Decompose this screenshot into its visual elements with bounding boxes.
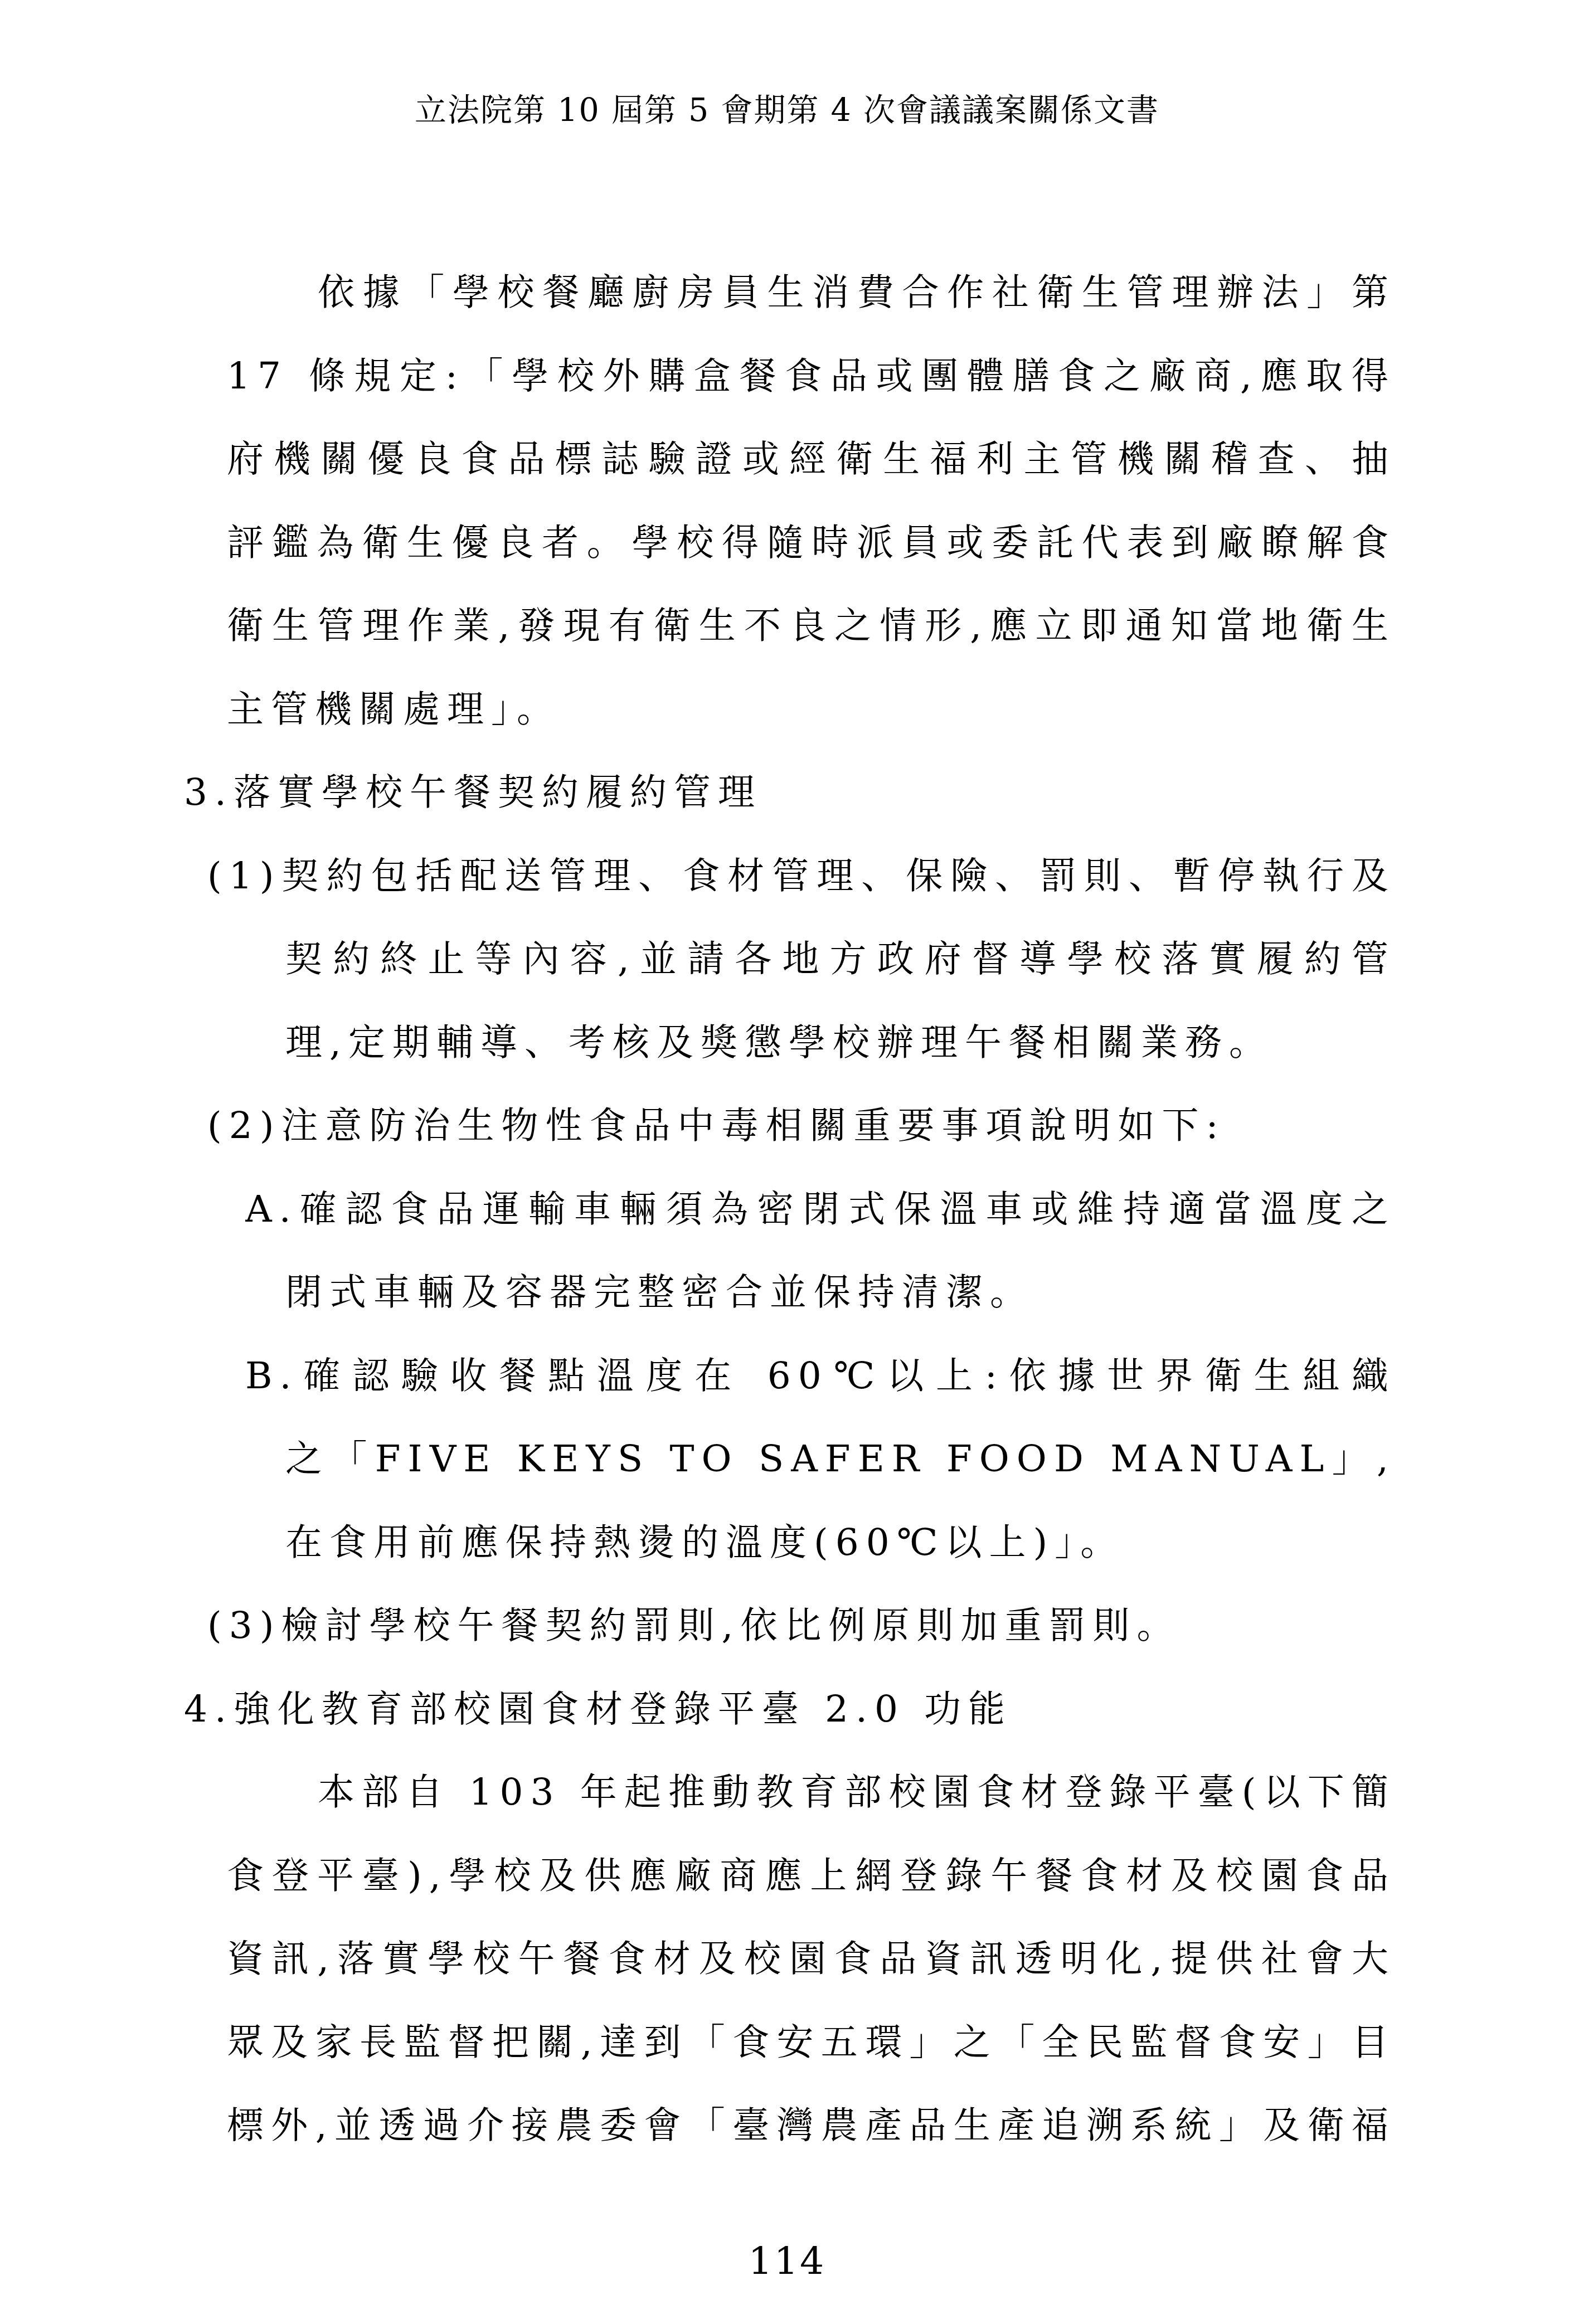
text-line: 食登平臺),學校及供應廠商應上網登錄午餐食材及校園食品 <box>227 1834 1396 1918</box>
text-line: A.確認食品運輸車輛須為密閉式保溫車或維持適當溫度之密 <box>245 1168 1396 1251</box>
text-line: 評鑑為衛生優良者。學校得隨時派員或委託代表到廠瞭解食品 <box>227 501 1396 585</box>
text-line: 標外,並透過介接農委會「臺灣農產品生產追溯系統」及衛福 <box>227 2084 1396 2167</box>
text-line: 閉式車輛及容器完整密合並保持清潔。 <box>285 1251 1574 1334</box>
text-line: 府機關優良食品標誌驗證或經衛生福利主管機關稽查、抽驗、 <box>227 417 1396 501</box>
text-line: (2)注意防治生物性食品中毒相關重要事項說明如下: <box>207 1084 1574 1168</box>
text-line: 契約終止等內容,並請各地方政府督導學校落實履約管 <box>285 917 1396 1001</box>
text-line: 眾及家長監督把關,達到「食安五環」之「全民監督食安」目 <box>227 2001 1396 2084</box>
text-line: 主管機關處理」。 <box>227 668 1574 751</box>
text-line: 資訊,落實學校午餐食材及校園食品資訊透明化,提供社會大 <box>227 1917 1396 2001</box>
text-line: 依據「學校餐廳廚房員生消費合作社衛生管理辦法」第 <box>318 251 1396 334</box>
text-line: (3)檢討學校午餐契約罰則,依比例原則加重罰則。 <box>207 1584 1574 1667</box>
list-item-heading: 3.落實學校午餐契約履約管理 <box>184 751 1574 834</box>
text-line: 17 條規定:「學校外購盒餐食品或團體膳食之廠商,應取得政 <box>227 334 1396 418</box>
text-line: (1)契約包括配送管理、食材管理、保險、罰則、暫停執行及 <box>207 834 1396 918</box>
text-line: B.確認驗收餐點溫度在 60℃以上:依據世界衛生組織(WHO) <box>245 1334 1396 1418</box>
page-number: 114 <box>0 2239 1574 2284</box>
text-line: 在食用前應保持熱燙的溫度(60℃以上)」。 <box>285 1501 1574 1584</box>
text-line: 衛生管理作業,發現有衛生不良之情形,應立即通知當地衛生 <box>227 584 1396 668</box>
text-line: 理,定期輔導、考核及獎懲學校辦理午餐相關業務。 <box>285 1001 1574 1085</box>
page-header: 立法院第 10 屆第 5 會期第 4 次會議議案關係文書 <box>0 92 1574 129</box>
text-line: 本部自 103 年起推動教育部校園食材登錄平臺(以下簡稱 <box>318 1751 1396 1834</box>
document-page: 立法院第 10 屆第 5 會期第 4 次會議議案關係文書 依據「學校餐廳廚房員生… <box>0 0 1574 2324</box>
list-item-heading: 4.強化教育部校園食材登錄平臺 2.0 功能 <box>184 1667 1574 1751</box>
text-line: 之「FIVE KEYS TO SAFER FOOD MANUAL」,其中提及「熟… <box>285 1417 1396 1501</box>
document-body: 依據「學校餐廳廚房員生消費合作社衛生管理辦法」第 17 條規定:「學校外購盒餐食… <box>0 251 1574 2167</box>
